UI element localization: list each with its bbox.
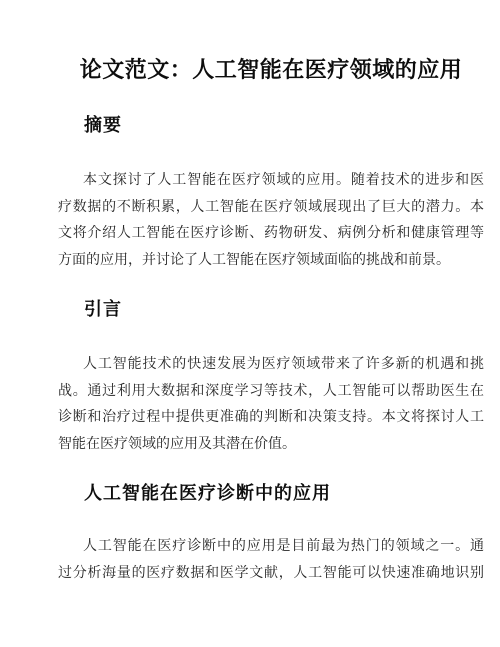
document-title: 论文范文：人工智能在医疗领域的应用 bbox=[58, 54, 484, 86]
paragraph-line: 疗数据的不断积累，人工智能在医疗领域展现出了巨大的潜力。本 bbox=[58, 195, 484, 222]
paragraph-line: 方面的应用，并讨论了人工智能在医疗领域面临的挑战和前景。 bbox=[58, 248, 484, 275]
paragraph-line: 战。通过利用大数据和深度学习等技术，人工智能可以帮助医生在 bbox=[58, 379, 484, 406]
paragraph-medical-diagnosis: 人工智能在医疗诊断中的应用是目前最为热门的领域之一。通 过分析海量的医疗数据和医… bbox=[58, 534, 484, 587]
paragraph-abstract: 本文探讨了人工智能在医疗领域的应用。随着技术的进步和医 疗数据的不断积累，人工智… bbox=[58, 168, 484, 274]
section-heading-introduction: 引言 bbox=[58, 296, 484, 322]
document-page: 论文范文：人工智能在医疗领域的应用 摘要 本文探讨了人工智能在医疗领域的应用。随… bbox=[0, 0, 500, 647]
section-heading-medical-diagnosis: 人工智能在医疗诊断中的应用 bbox=[58, 480, 484, 506]
paragraph-line: 文将介绍人工智能在医疗诊断、药物研发、病例分析和健康管理等 bbox=[58, 221, 484, 248]
paragraph-line: 智能在医疗领域的应用及其潜在价值。 bbox=[58, 432, 484, 459]
document-content: 论文范文：人工智能在医疗领域的应用 摘要 本文探讨了人工智能在医疗领域的应用。随… bbox=[0, 54, 500, 587]
paragraph-line: 本文探讨了人工智能在医疗领域的应用。随着技术的进步和医 bbox=[58, 168, 484, 195]
paragraph-line: 人工智能技术的快速发展为医疗领域带来了许多新的机遇和挑 bbox=[58, 352, 484, 379]
paragraph-line: 过分析海量的医疗数据和医学文献，人工智能可以快速准确地识别 bbox=[58, 561, 484, 588]
paragraph-introduction: 人工智能技术的快速发展为医疗领域带来了许多新的机遇和挑 战。通过利用大数据和深度… bbox=[58, 352, 484, 458]
paragraph-line: 诊断和治疗过程中提供更准确的判断和决策支持。本文将探讨人工 bbox=[58, 405, 484, 432]
section-heading-abstract: 摘要 bbox=[58, 112, 484, 138]
paragraph-line: 人工智能在医疗诊断中的应用是目前最为热门的领域之一。通 bbox=[58, 534, 484, 561]
